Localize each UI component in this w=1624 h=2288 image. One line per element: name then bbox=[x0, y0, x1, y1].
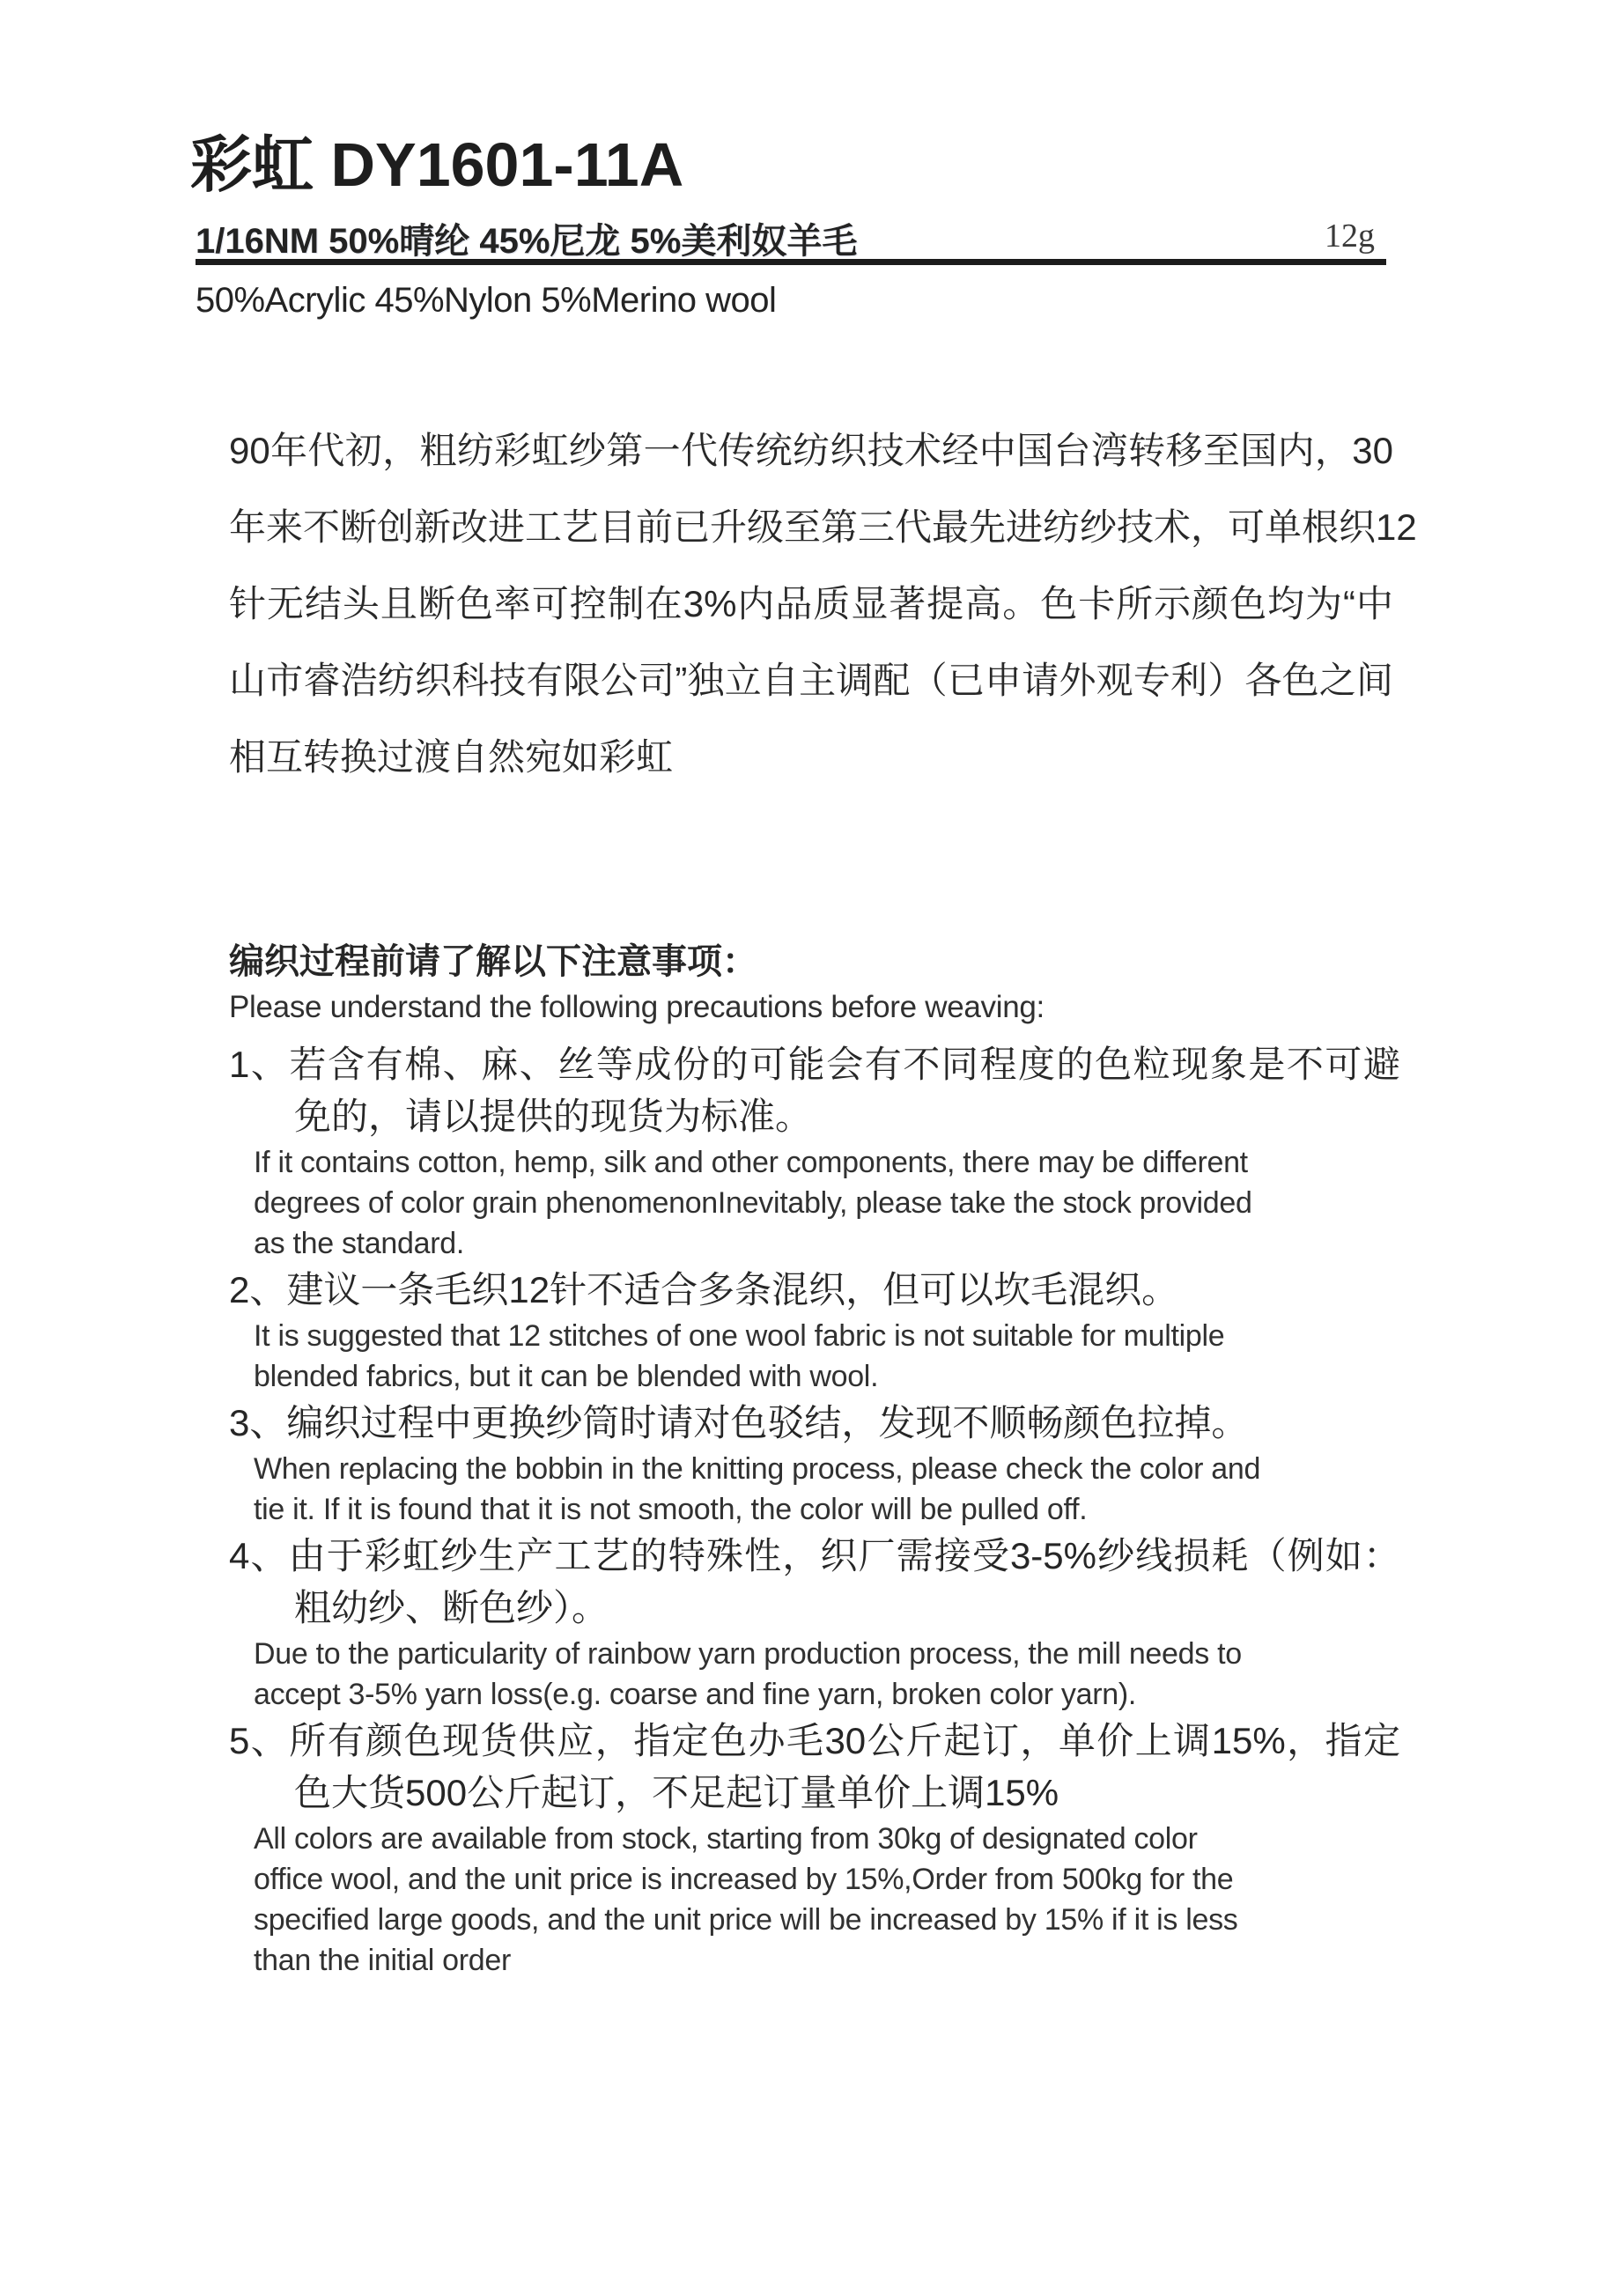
intro-paragraph: 90年代初，粗纺彩虹纱第一代传统纺织技术经中国台湾转移至国内，30年来不断创新改… bbox=[229, 412, 1393, 795]
precaution-zh-line: 粗幼纱、断色纱）。 bbox=[229, 1582, 1400, 1634]
precaution-zh-line: 1、若含有棉、麻、丝等成份的可能会有不同程度的色粒现象是不可避 bbox=[229, 1038, 1400, 1090]
precaution-item: 1、若含有棉、麻、丝等成份的可能会有不同程度的色粒现象是不可避免的，请以提供的现… bbox=[229, 1038, 1400, 1264]
precaution-en-line: accept 3-5% yarn loss(e.g. coarse and fi… bbox=[229, 1674, 1400, 1715]
divider-rule bbox=[196, 259, 1386, 265]
precautions-list: 1、若含有棉、麻、丝等成份的可能会有不同程度的色粒现象是不可避免的，请以提供的现… bbox=[229, 1038, 1400, 1981]
intro-line: 针无结头且断色率可控制在3%内品质显著提高。色卡所示颜色均为“中 bbox=[229, 565, 1393, 642]
precaution-en-line: degrees of color grain phenomenonInevita… bbox=[229, 1183, 1400, 1223]
precaution-zh-line: 5、所有颜色现货供应，指定色办毛30公斤起订，单价上调15%，指定 bbox=[229, 1715, 1400, 1767]
spec-line-en: 50%Acrylic 45%Nylon 5%Merino wool bbox=[196, 279, 776, 321]
precaution-en-line: blended fabrics, but it can be blended w… bbox=[229, 1356, 1400, 1397]
precautions-heading-en: Please understand the following precauti… bbox=[229, 986, 1400, 1028]
precautions-section: 编织过程前请了解以下注意事项： Please understand the fo… bbox=[229, 937, 1400, 1981]
precaution-item: 3、编织过程中更换纱筒时请对色驳结，发现不顺畅颜色拉掉。When replaci… bbox=[229, 1397, 1400, 1530]
precaution-en-line: If it contains cotton, hemp, silk and ot… bbox=[229, 1142, 1400, 1183]
precaution-en-line: office wool, and the unit price is incre… bbox=[229, 1859, 1400, 1900]
precaution-en-line: Due to the particularity of rainbow yarn… bbox=[229, 1634, 1400, 1674]
document-page: 彩虹 DY1601-11A 1/16NM 50%晴纶 45%尼龙 5%美利奴羊毛… bbox=[0, 0, 1624, 2288]
intro-line: 90年代初，粗纺彩虹纱第一代传统纺织技术经中国台湾转移至国内，30 bbox=[229, 412, 1393, 489]
precaution-item: 4、由于彩虹纱生产工艺的特殊性，织厂需接受3-5%纱线损耗（例如：粗幼纱、断色纱… bbox=[229, 1530, 1400, 1715]
precaution-item: 5、所有颜色现货供应，指定色办毛30公斤起订，单价上调15%，指定色大货500公… bbox=[229, 1715, 1400, 1981]
precaution-en-line: All colors are available from stock, sta… bbox=[229, 1819, 1400, 1859]
precaution-en-line: tie it. If it is found that it is not sm… bbox=[229, 1489, 1400, 1530]
precautions-heading-zh: 编织过程前请了解以下注意事项： bbox=[229, 937, 1400, 986]
precaution-en-line: than the initial order bbox=[229, 1940, 1400, 1981]
intro-line: 相互转换过渡自然宛如彩虹 bbox=[229, 719, 1393, 795]
intro-line: 山市睿浩纺织科技有限公司”独立自主调配（已申请外观专利）各色之间 bbox=[229, 642, 1393, 719]
precaution-item: 2、建议一条毛织12针不适合多条混织，但可以坎毛混织。It is suggest… bbox=[229, 1264, 1400, 1397]
precaution-zh-line: 免的，请以提供的现货为标准。 bbox=[229, 1090, 1400, 1142]
precaution-zh-line: 色大货500公斤起订，不足起订量单价上调15% bbox=[229, 1767, 1400, 1819]
precaution-zh-line: 4、由于彩虹纱生产工艺的特殊性，织厂需接受3-5%纱线损耗（例如： bbox=[229, 1530, 1400, 1582]
precaution-zh-line: 3、编织过程中更换纱筒时请对色驳结，发现不顺畅颜色拉掉。 bbox=[229, 1397, 1400, 1449]
intro-line: 年来不断创新改进工艺目前已升级至第三代最先进纺纱技术，可单根织12 bbox=[229, 489, 1393, 565]
precaution-en-line: It is suggested that 12 stitches of one … bbox=[229, 1316, 1400, 1356]
precaution-zh-line: 2、建议一条毛织12针不适合多条混织，但可以坎毛混织。 bbox=[229, 1264, 1400, 1316]
product-title: 彩虹 DY1601-11A bbox=[190, 132, 683, 197]
precaution-en-line: When replacing the bobbin in the knittin… bbox=[229, 1449, 1400, 1489]
precaution-en-line: specified large goods, and the unit pric… bbox=[229, 1900, 1400, 1940]
spec-line-zh: 1/16NM 50%晴纶 45%尼龙 5%美利奴羊毛 bbox=[196, 220, 857, 262]
precaution-en-line: as the standard. bbox=[229, 1223, 1400, 1264]
gauge-label: 12g bbox=[1325, 217, 1375, 255]
